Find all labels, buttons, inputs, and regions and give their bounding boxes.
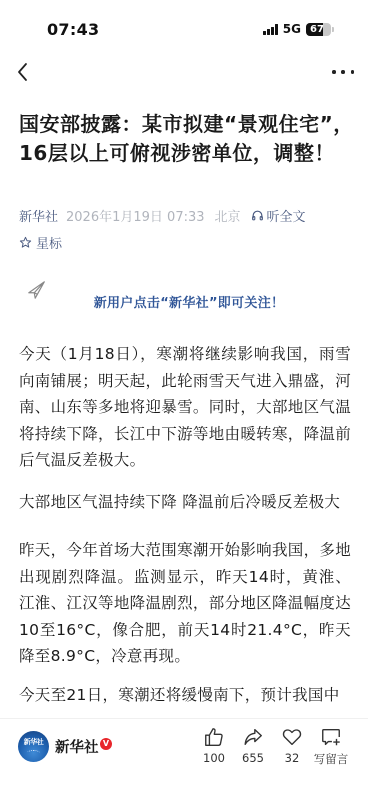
headphones-icon (251, 209, 264, 222)
like-count: 100 (203, 751, 225, 765)
favorite-count: 32 (285, 751, 300, 765)
share-count: 655 (242, 751, 264, 765)
article-subheading: 大部地区气温持续下降 降温前后冷暖反差极大 (19, 489, 351, 516)
star-label: 星标 (36, 233, 62, 252)
follow-promo-text[interactable]: 新用户点击“新华社”即可关注！ (0, 292, 368, 311)
favorite-button[interactable]: 32 (272, 726, 312, 765)
write-comment-label: 写留言 (314, 751, 349, 767)
battery-icon: 67 (306, 23, 331, 36)
like-button[interactable]: 100 (194, 726, 234, 765)
signal-icon (263, 24, 278, 35)
listen-button[interactable]: 听全文 (251, 206, 306, 225)
star-icon (19, 236, 32, 249)
article-paragraph: 今天（1月18日），寒潮将继续影响我国，雨雪向南铺展；明天起，此轮雨雪天气进入鼎… (19, 341, 351, 474)
comment-add-icon (320, 726, 342, 748)
battery-level: 67 (306, 23, 328, 36)
article-paragraph: 今天至21日，寒潮还将缓慢南下，预计我国中 (19, 682, 351, 709)
bottom-action-bar: 新华社 新华社 V 100 655 32 写留言 (0, 718, 368, 800)
status-indicators: 5G 67 (263, 22, 334, 36)
listen-label: 听全文 (267, 206, 306, 225)
article-paragraph: 昨天，今年首场大范围寒潮开始影响我国，多地出现剧烈降温。监测显示，昨天14时，黄… (19, 537, 351, 670)
avatar-logo-text: 新华社 (18, 737, 49, 747)
source-link[interactable]: 新华社 (19, 206, 58, 225)
chevron-left-icon (12, 60, 36, 84)
verified-badge: V (100, 738, 112, 750)
article-title: 国安部披露：某市拟建“景观住宅”，16层以上可俯视涉密单位，调整！ (19, 110, 354, 168)
article-meta: 新华社 2026年1月19日 07:33 北京 听全文 (19, 206, 306, 225)
share-button[interactable]: 655 (233, 726, 273, 765)
status-time: 07:43 (47, 20, 99, 39)
network-type: 5G (283, 22, 301, 36)
back-button[interactable] (12, 60, 36, 84)
write-comment-button[interactable]: 写留言 (311, 726, 351, 767)
star-button[interactable]: 星标 (19, 233, 62, 252)
more-horizontal-icon (332, 70, 336, 74)
thumbs-up-icon (203, 726, 225, 748)
status-bar: 07:43 5G 67 (0, 0, 368, 56)
publish-location: 北京 (215, 206, 241, 225)
account-name[interactable]: 新华社 (55, 736, 99, 757)
account-avatar[interactable]: 新华社 (18, 731, 49, 762)
heart-icon (281, 726, 303, 748)
share-icon (242, 726, 264, 748)
more-button[interactable] (332, 64, 354, 80)
publish-date: 2026年1月19日 07:33 (66, 206, 205, 225)
follow-promo: 新用户点击“新华社”即可关注！ (0, 275, 368, 325)
nav-bar (0, 56, 368, 90)
